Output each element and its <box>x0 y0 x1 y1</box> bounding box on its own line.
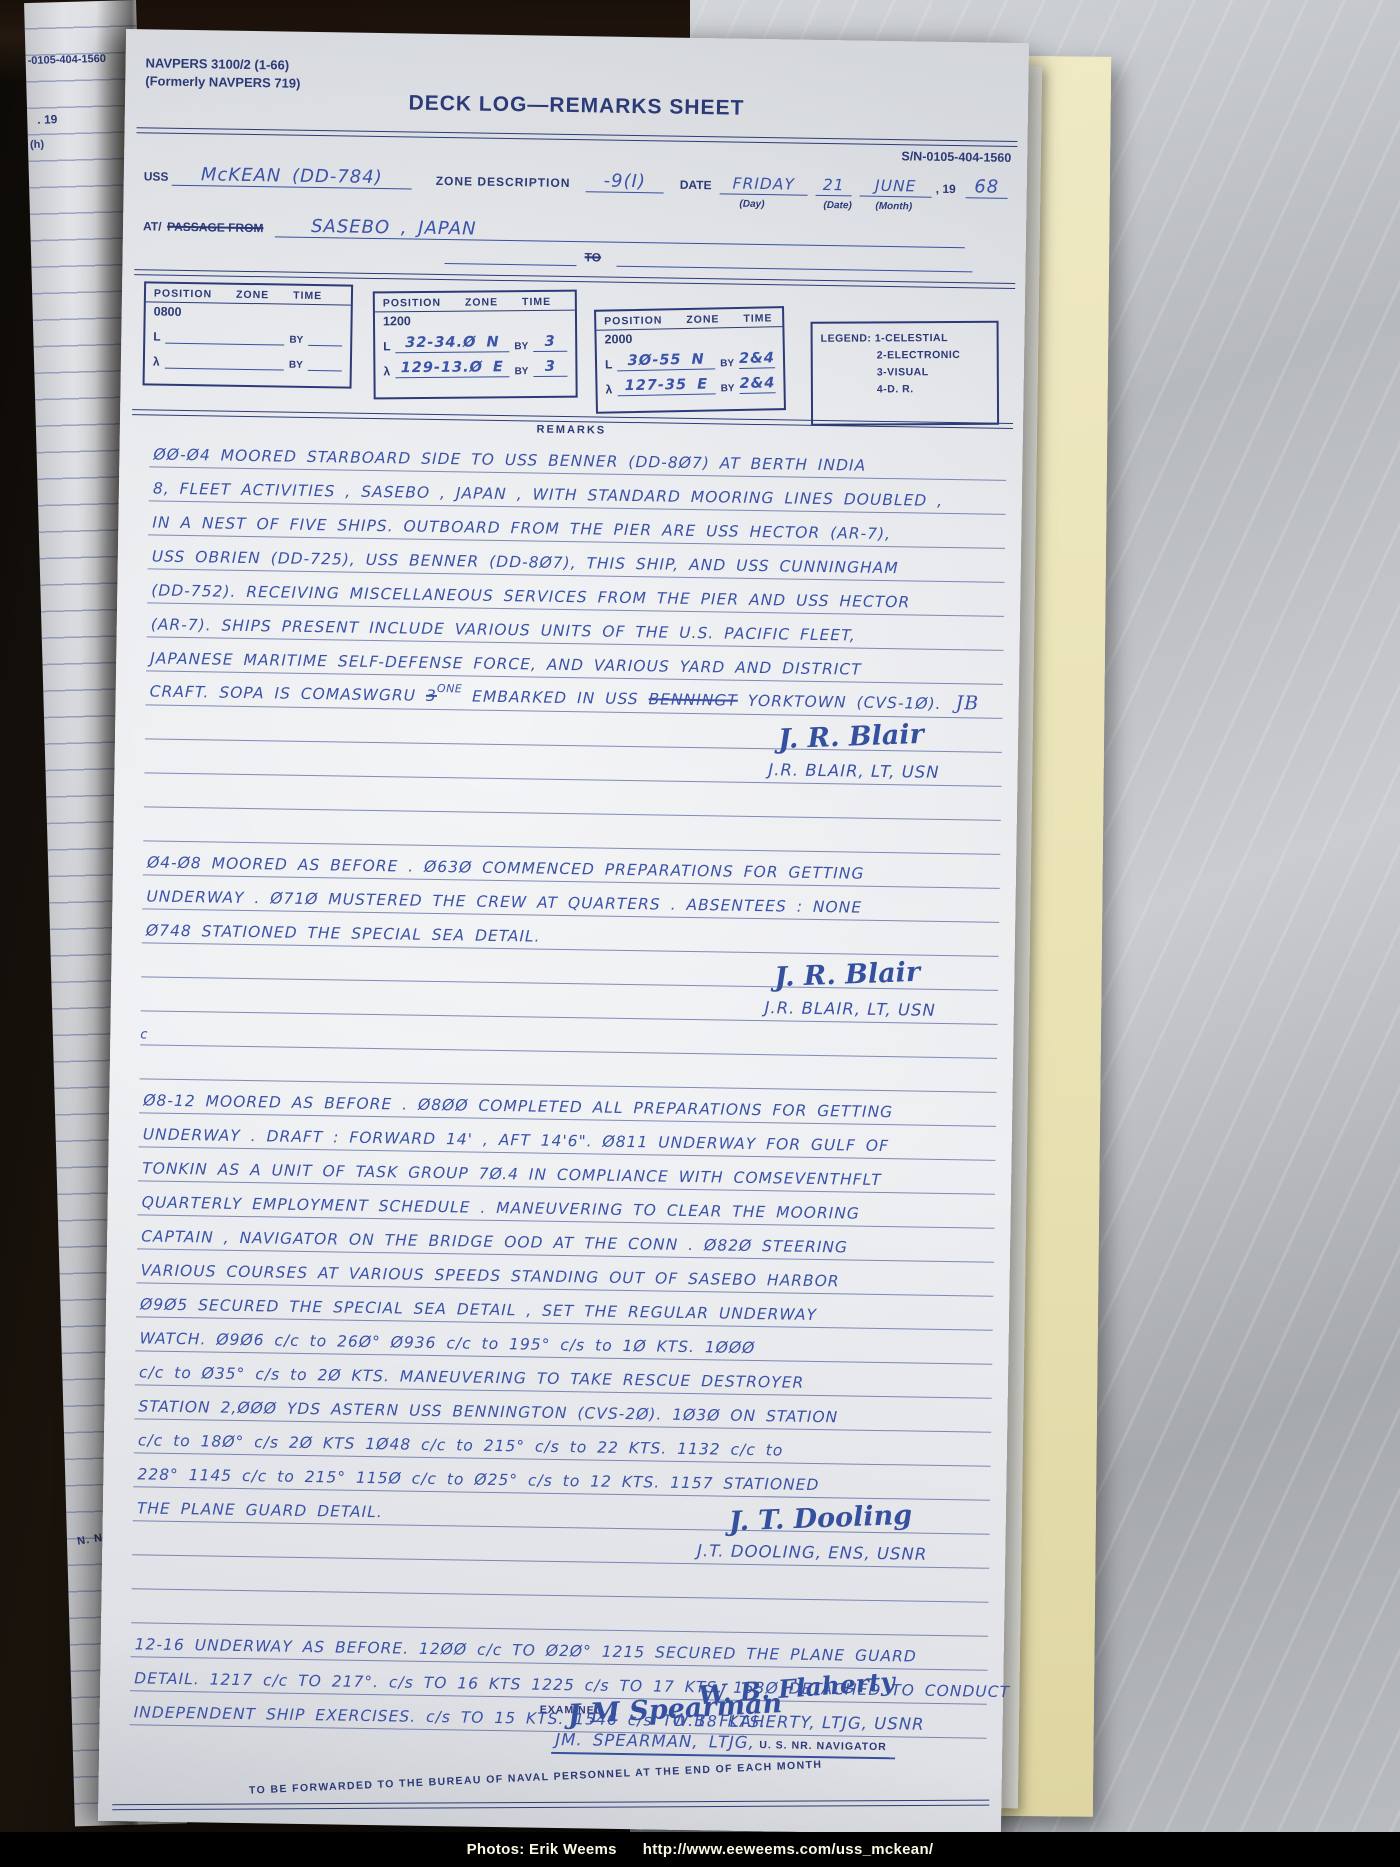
lat-label: L <box>605 357 613 371</box>
passage-from-struck-label: PASSAGE FROM <box>167 220 264 236</box>
sub-month-label: (Month) <box>875 201 912 213</box>
year-value: 68 <box>974 176 999 197</box>
position-box-2000: POSITION ZONE TIME 2000 L 3Ø-55 N BY 2&4… <box>594 306 786 414</box>
lat-label: L <box>383 339 390 353</box>
signature-print: J.R. BLAIR, LT, USN <box>768 760 940 782</box>
photo-caption-bar: Photos: Erik Weems http://www.eeweems.co… <box>0 1832 1400 1867</box>
lon-by-value: 3 <box>545 359 556 375</box>
footer-rule <box>112 1800 989 1811</box>
deck-log-page: NAVPERS 3100/2 (1-66) (Formerly NAVPERS … <box>98 29 1029 1835</box>
navigator-signature-print-row: JM. SPEARMAN, LTJG, U. S. NR. NAVIGATOR <box>551 1730 895 1759</box>
lon-label: λ <box>605 382 612 396</box>
legend-box: LEGEND: 1‑CELESTIAL 2‑ELECTRONIC 3‑VISUA… <box>811 321 1000 426</box>
signature-print: J.R. BLAIR, LT, USN <box>764 998 936 1020</box>
signature-print: J.T. DOOLING, ENS, USNR <box>697 1541 927 1564</box>
serial-number: S/N-0105-404-1560 <box>901 149 1011 165</box>
position-box-header: POSITION ZONE TIME <box>375 292 575 313</box>
lat-label: L <box>153 329 161 343</box>
legend-label: LEGEND: <box>821 332 872 344</box>
footer-forwarding-note: TO BE FORWARDED TO THE BUREAU OF NAVAL P… <box>249 1759 823 1797</box>
lon-label: λ <box>383 364 390 378</box>
remarks-lines: ØØ-Ø4 MOORED STARBOARD SIDE TO USS BENNE… <box>129 433 1006 1738</box>
date-date-value: 21 <box>823 176 845 194</box>
lon-label: λ <box>153 354 160 368</box>
legend-item: 4‑D. R. <box>821 381 989 399</box>
date-month-value: JUNE <box>875 177 917 196</box>
by-label: BY <box>721 383 735 394</box>
position-time: 1200 <box>375 311 575 329</box>
photo-credit: Photos: Erik Weems <box>467 1841 617 1858</box>
date-label: DATE <box>680 178 712 192</box>
photo-credit-url: http://www.eeweems.com/uss_mckean/ <box>643 1841 934 1858</box>
position-box-1200: POSITION ZONE TIME 1200 L 32-34.Ø N BY 3… <box>373 290 578 400</box>
lon-by-value: 2&4 <box>739 375 775 392</box>
year-prefix: , 19 <box>936 182 956 196</box>
header-rule <box>136 127 1017 147</box>
at-passage-value: SASEBO , JAPAN <box>275 215 477 239</box>
page-title: DECK LOG—REMARKS SHEET <box>125 87 1028 125</box>
at-label: AT/ <box>143 219 162 233</box>
position-box-0800: POSITION ZONE TIME 0800 L BY λ BY <box>143 281 354 388</box>
photo-of-deck-log: { "caption": { "photos": "Photos: Erik W… <box>0 0 1400 1867</box>
lat-by-value: 2&4 <box>739 350 775 367</box>
navigator-signature-title: U. S. NR. NAVIGATOR <box>759 1739 887 1753</box>
lat-value: 32-34.Ø N <box>405 334 500 351</box>
sub-day-label: (Day) <box>739 199 764 210</box>
by-label: BY <box>289 335 303 346</box>
position-time: 0800 <box>146 302 351 321</box>
lat-by-value: 3 <box>545 334 556 350</box>
left-page-paren-fragment: (h) <box>30 139 44 151</box>
legend-item: 3‑VISUAL <box>821 364 989 382</box>
by-label: BY <box>289 360 303 371</box>
lon-value: 127-35 E <box>625 377 709 395</box>
legend-item: 2‑ELECTRONIC <box>821 347 989 365</box>
lat-value: 3Ø-55 N <box>628 352 705 369</box>
legend-item: 1‑CELESTIAL <box>875 332 948 344</box>
form-number: NAVPERS 3100/2 (1-66) <box>145 55 289 72</box>
zone-description-label: ZONE DESCRIPTION <box>436 174 571 190</box>
ship-name-value: McKEAN (DD-784) <box>201 164 383 188</box>
left-page-serial-fragment: -0105-404-1560 <box>27 53 106 67</box>
left-page-line-fragment: . 19 <box>37 112 57 127</box>
by-label: BY <box>515 366 529 377</box>
by-label: BY <box>514 341 528 352</box>
to-struck-label: TO <box>584 250 601 264</box>
lon-value: 129-13.Ø E <box>401 359 504 376</box>
by-label: BY <box>720 358 734 369</box>
sub-date-label: (Date) <box>823 200 852 211</box>
navigator-signature-print: JM. SPEARMAN, LTJG, <box>555 1730 755 1752</box>
zone-description-value: -9(I) <box>603 171 646 193</box>
date-day-value: FRIDAY <box>732 175 795 194</box>
uss-label: USS <box>144 169 169 183</box>
